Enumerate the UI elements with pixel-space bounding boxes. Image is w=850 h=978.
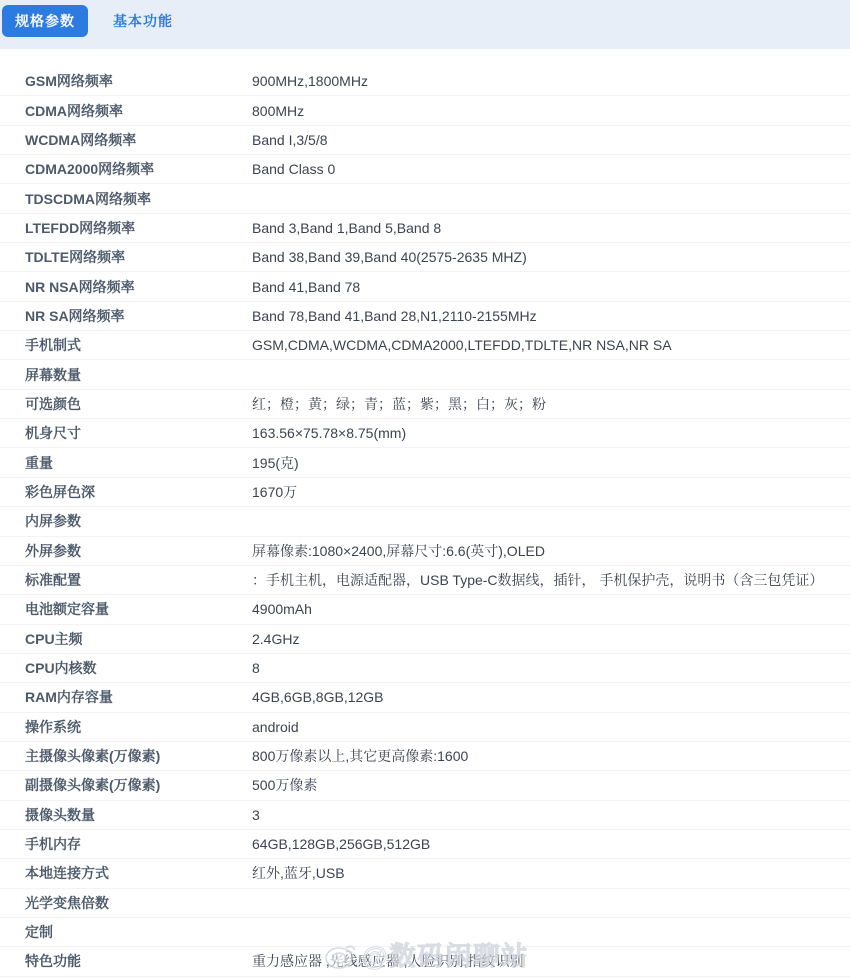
- spec-value: 163.56×75.78×8.75(mm): [252, 425, 850, 441]
- spec-value: Band I,3/5/8: [252, 132, 850, 148]
- spec-label: LTEFDD网络频率: [25, 218, 252, 238]
- spec-label: 可选颜色: [25, 394, 252, 414]
- spec-label: CDMA网络频率: [25, 101, 252, 121]
- spec-row: CDMA网络频率800MHz: [0, 96, 850, 125]
- spec-value: 195(克): [252, 453, 850, 473]
- spec-row: 定制: [0, 918, 850, 947]
- spec-value: 屏幕像素:1080×2400,屏幕尺寸:6.6(英寸),OLED: [252, 541, 850, 561]
- spec-row: 重量195(克): [0, 448, 850, 477]
- spec-row: 外屏参数屏幕像素:1080×2400,屏幕尺寸:6.6(英寸),OLED: [0, 537, 850, 566]
- spec-row: NR NSA网络频率Band 41,Band 78: [0, 272, 850, 301]
- spec-value: 重力感应器 ,光线感应器 ,人脸识别,指纹识别: [252, 951, 850, 971]
- spec-label: 屏幕数量: [25, 365, 252, 385]
- spec-label: 电池额定容量: [25, 599, 252, 619]
- spec-value: Band Class 0: [252, 161, 850, 177]
- spec-label: 机身尺寸: [25, 423, 252, 443]
- spec-value: 红外,蓝牙,USB: [252, 863, 850, 883]
- spec-row: 电池额定容量4900mAh: [0, 595, 850, 624]
- spec-row: TDLTE网络频率Band 38,Band 39,Band 40(2575-26…: [0, 243, 850, 272]
- spec-label: 主摄像头像素(万像素): [25, 746, 252, 766]
- spec-value: Band 78,Band 41,Band 28,N1,2110-2155MHz: [252, 308, 850, 324]
- spec-label: TDLTE网络频率: [25, 247, 252, 267]
- spec-label: 操作系统: [25, 717, 252, 737]
- spec-value: 3: [252, 807, 850, 823]
- spec-row: 内屏参数: [0, 507, 850, 536]
- spec-value: 64GB,128GB,256GB,512GB: [252, 836, 850, 852]
- spec-row: 彩色屏色深1670万: [0, 478, 850, 507]
- spec-row: 手机制式GSM,CDMA,WCDMA,CDMA2000,LTEFDD,TDLTE…: [0, 331, 850, 360]
- spec-table: GSM网络频率900MHz,1800MHzCDMA网络频率800MHzWCDMA…: [0, 49, 850, 977]
- spec-row: 副摄像头像素(万像素)500万像素: [0, 771, 850, 800]
- spec-label: 外屏参数: [25, 541, 252, 561]
- phone-spec-page: 规格参数 基本功能 GSM网络频率900MHz,1800MHzCDMA网络频率8…: [0, 0, 850, 978]
- spec-label: 特色功能: [25, 951, 252, 971]
- spec-row: TDSCDMA网络频率: [0, 184, 850, 213]
- spec-label: 副摄像头像素(万像素): [25, 775, 252, 795]
- spec-row: CDMA2000网络频率Band Class 0: [0, 155, 850, 184]
- spec-label: 手机制式: [25, 335, 252, 355]
- spec-label: 光学变焦倍数: [25, 893, 252, 913]
- spec-row: 操作系统android: [0, 713, 850, 742]
- spec-value: 500万像素: [252, 775, 850, 795]
- spec-value: 4900mAh: [252, 601, 850, 617]
- spec-row: NR SA网络频率Band 78,Band 41,Band 28,N1,2110…: [0, 302, 850, 331]
- spec-label: 标准配置: [25, 570, 252, 590]
- spec-label: 重量: [25, 453, 252, 473]
- spec-label: 彩色屏色深: [25, 482, 252, 502]
- spec-row: 光学变焦倍数: [0, 889, 850, 918]
- spec-label: TDSCDMA网络频率: [25, 189, 252, 209]
- spec-row: 手机内存64GB,128GB,256GB,512GB: [0, 830, 850, 859]
- spec-value: Band 3,Band 1,Band 5,Band 8: [252, 220, 850, 236]
- spec-label: CPU主频: [25, 629, 252, 649]
- spec-label: WCDMA网络频率: [25, 130, 252, 150]
- spec-value: 8: [252, 660, 850, 676]
- spec-value: 1670万: [252, 482, 850, 502]
- spec-label: 定制: [25, 922, 252, 942]
- spec-value: 2.4GHz: [252, 631, 850, 647]
- spec-label: 摄像头数量: [25, 805, 252, 825]
- spec-row: 本地连接方式红外,蓝牙,USB: [0, 859, 850, 888]
- spec-row: GSM网络频率900MHz,1800MHz: [0, 67, 850, 96]
- spec-row: 摄像头数量3: [0, 801, 850, 830]
- spec-value: 4GB,6GB,8GB,12GB: [252, 689, 850, 705]
- spec-label: GSM网络频率: [25, 71, 252, 91]
- spec-row: RAM内存容量4GB,6GB,8GB,12GB: [0, 683, 850, 712]
- spec-row: CPU内核数8: [0, 654, 850, 683]
- spec-value: 900MHz,1800MHz: [252, 73, 850, 89]
- spec-row: 机身尺寸163.56×75.78×8.75(mm): [0, 419, 850, 448]
- spec-row: 主摄像头像素(万像素)800万像素以上,其它更高像素:1600: [0, 742, 850, 771]
- spec-value: 800万像素以上,其它更高像素:1600: [252, 746, 850, 766]
- spec-value: 红；橙；黄；绿；青；蓝；紫；黑；白；灰；粉: [252, 394, 850, 414]
- spec-value: Band 41,Band 78: [252, 279, 850, 295]
- spec-label: 内屏参数: [25, 511, 252, 531]
- spec-row: 屏幕数量: [0, 360, 850, 389]
- spec-row: 特色功能重力感应器 ,光线感应器 ,人脸识别,指纹识别: [0, 947, 850, 976]
- spec-label: RAM内存容量: [25, 687, 252, 707]
- spec-value: ：手机主机，电源适配器，USB Type-C数据线，插针， 手机保护壳，说明书（…: [252, 570, 850, 590]
- spec-value: GSM,CDMA,WCDMA,CDMA2000,LTEFDD,TDLTE,NR …: [252, 337, 850, 353]
- spec-row: 可选颜色红；橙；黄；绿；青；蓝；紫；黑；白；灰；粉: [0, 390, 850, 419]
- spec-label: CDMA2000网络频率: [25, 159, 252, 179]
- spec-value: Band 38,Band 39,Band 40(2575-2635 MHZ): [252, 249, 850, 265]
- spec-row: 标准配置：手机主机，电源适配器，USB Type-C数据线，插针， 手机保护壳，…: [0, 566, 850, 595]
- tab-basic-functions[interactable]: 基本功能: [100, 5, 186, 37]
- tab-spec-params[interactable]: 规格参数: [2, 5, 88, 37]
- spec-label: NR NSA网络频率: [25, 277, 252, 297]
- spec-value: android: [252, 719, 850, 735]
- spec-row: WCDMA网络频率Band I,3/5/8: [0, 126, 850, 155]
- spec-label: 手机内存: [25, 834, 252, 854]
- spec-value: 800MHz: [252, 103, 850, 119]
- spec-row: LTEFDD网络频率Band 3,Band 1,Band 5,Band 8: [0, 214, 850, 243]
- spec-label: NR SA网络频率: [25, 306, 252, 326]
- spec-table-rows: GSM网络频率900MHz,1800MHzCDMA网络频率800MHzWCDMA…: [0, 67, 850, 977]
- tab-bar: 规格参数 基本功能: [0, 0, 850, 49]
- spec-label: 本地连接方式: [25, 863, 252, 883]
- spec-row: CPU主频2.4GHz: [0, 625, 850, 654]
- spec-label: CPU内核数: [25, 658, 252, 678]
